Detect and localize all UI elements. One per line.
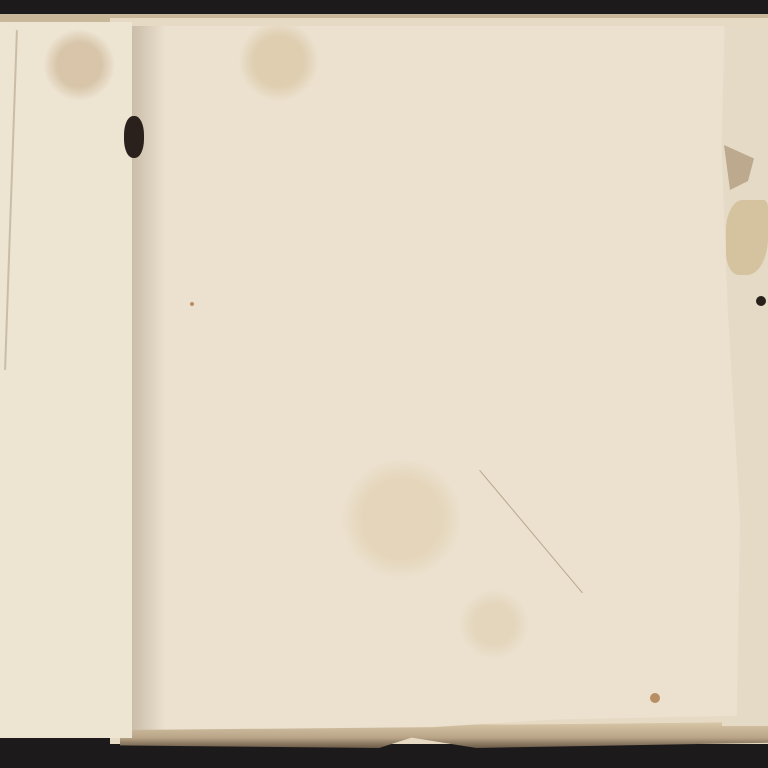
foxing-spot: [650, 693, 660, 703]
water-stain: [726, 200, 768, 275]
burn-hole: [124, 116, 144, 158]
small-hole: [756, 296, 766, 306]
foxing-spot: [190, 302, 194, 306]
left-folded-leaf: [0, 22, 132, 738]
main-blank-page: [125, 26, 740, 730]
